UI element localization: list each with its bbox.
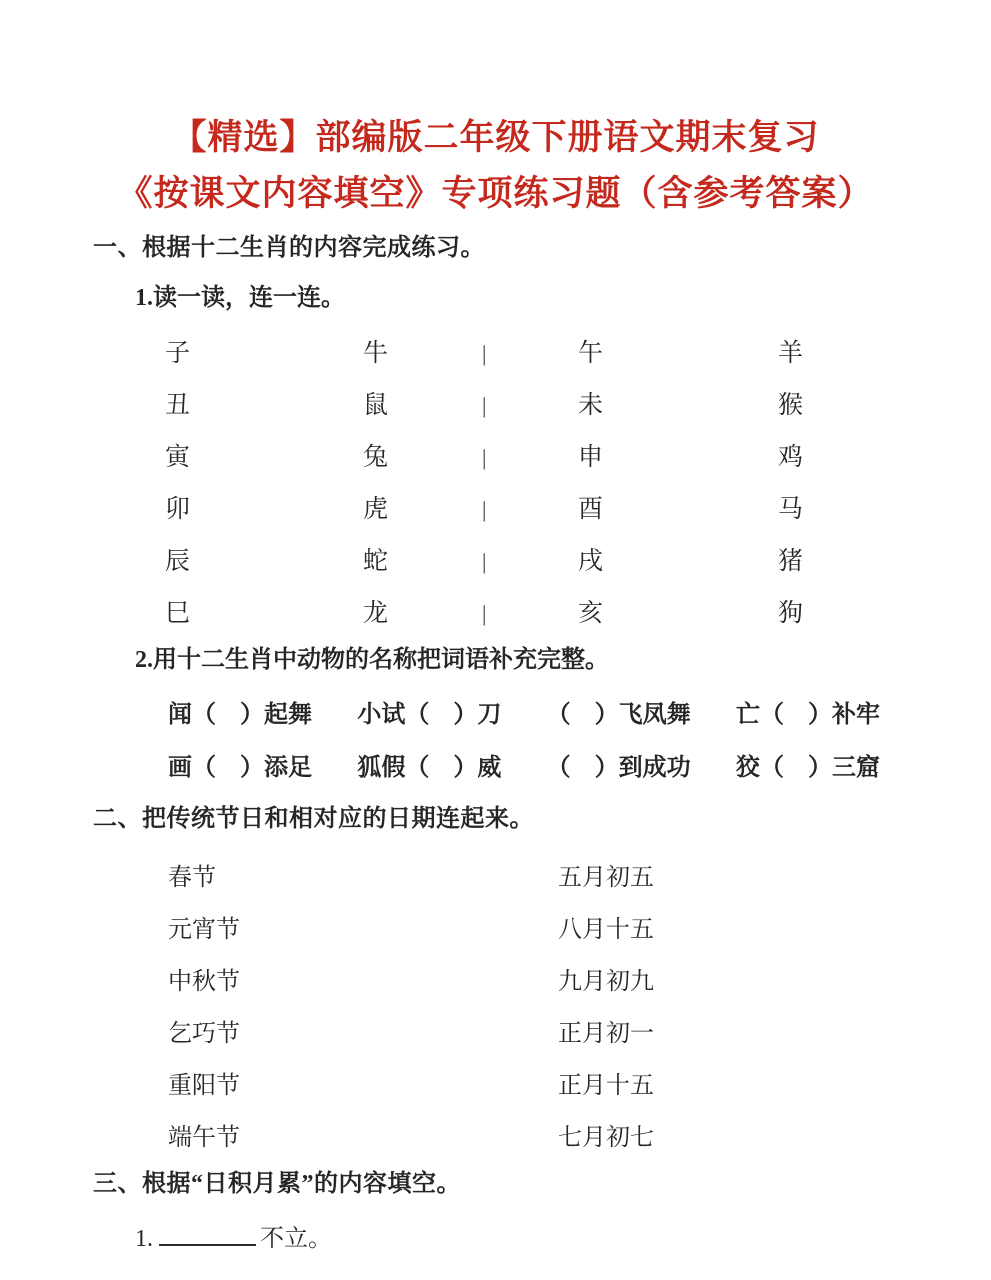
section-2-heading: 二、把传统节日和相对应的日期连起来。 [93,802,534,836]
column-divider: | [482,380,578,432]
fill-in-blank-line [159,1221,256,1246]
festival-date: 八月十五 [558,904,654,956]
section-1-item-2-label: 2.用十二生肖中动物的名称把词语补充完整。 [135,643,609,677]
festival-date: 七月初七 [558,1112,654,1164]
title-line-2: 《按课文内容填空》专项练习题（含参考答案） [0,166,991,222]
festival-name: 中秋节 [168,956,558,1008]
section-3-item-1: 1.不立。 [135,1220,332,1258]
zodiac-branch: 酉 [578,484,778,536]
zodiac-branch: 戌 [578,536,778,588]
column-divider: | [482,328,578,380]
festival-date: 正月初一 [558,1008,654,1060]
zodiac-animal: 虎 [363,484,482,536]
festival-date: 九月初九 [558,956,654,1008]
idiom-phrase: 狐假（ ）威 [357,749,501,787]
idiom-phrase: 狡（ ）三窟 [736,749,880,787]
column-divider: | [482,432,578,484]
zodiac-animal: 马 [778,484,803,536]
zodiac-matching-table: 子 牛 | 午 羊 丑 鼠 | 未 猴 寅 兔 | 申 鸡 卯 虎 | 酉 马 … [165,328,803,640]
zodiac-branch: 辰 [165,536,363,588]
document-title: 【精选】部编版二年级下册语文期末复习 《按课文内容填空》专项练习题（含参考答案） [0,110,991,222]
zodiac-branch: 丑 [165,380,363,432]
festival-name: 端午节 [168,1112,558,1164]
festival-name: 乞巧节 [168,1008,558,1060]
column-divider: | [482,536,578,588]
festival-date: 五月初五 [558,852,654,904]
idiom-fill-line-1: 闻（ ）起舞 小试（ ）刀 （ ）飞凤舞 亡（ ）补牢 [168,696,880,734]
zodiac-animal: 羊 [778,328,803,380]
zodiac-branch: 巳 [165,588,363,640]
zodiac-animal: 牛 [363,328,482,380]
zodiac-branch: 午 [578,328,778,380]
idiom-phrase: 亡（ ）补牢 [736,696,880,734]
zodiac-branch: 卯 [165,484,363,536]
idiom-phrase: 小试（ ）刀 [357,696,501,734]
zodiac-branch: 亥 [578,588,778,640]
festival-name: 元宵节 [168,904,558,956]
festival-name: 春节 [168,852,558,904]
zodiac-branch: 未 [578,380,778,432]
idiom-phrase: （ ）到成功 [547,749,691,787]
festival-name: 重阳节 [168,1060,558,1112]
idiom-phrase: 画（ ）添足 [168,749,312,787]
column-divider: | [482,588,578,640]
title-line-1: 【精选】部编版二年级下册语文期末复习 [0,110,991,166]
zodiac-animal: 龙 [363,588,482,640]
zodiac-animal: 蛇 [363,536,482,588]
zodiac-branch: 子 [165,328,363,380]
idiom-phrase: （ ）飞凤舞 [547,696,691,734]
zodiac-animal: 兔 [363,432,482,484]
zodiac-branch: 寅 [165,432,363,484]
idiom-phrase: 闻（ ）起舞 [168,696,312,734]
zodiac-animal: 猴 [778,380,803,432]
column-divider: | [482,484,578,536]
section-3-heading: 三、根据“日积月累”的内容填空。 [93,1167,461,1201]
section-1-item-1-label: 1.读一读，连一连。 [135,281,345,315]
zodiac-branch: 申 [578,432,778,484]
item-text: 不立。 [260,1226,332,1252]
section-1-heading: 一、根据十二生肖的内容完成练习。 [93,231,485,265]
zodiac-animal: 猪 [778,536,803,588]
festival-date: 正月十五 [558,1060,654,1112]
worksheet-page: 【精选】部编版二年级下册语文期末复习 《按课文内容填空》专项练习题（含参考答案）… [0,0,991,1280]
idiom-fill-line-2: 画（ ）添足 狐假（ ）威 （ ）到成功 狡（ ）三窟 [168,749,880,787]
zodiac-animal: 鸡 [778,432,803,484]
item-number: 1. [135,1226,153,1252]
zodiac-animal: 狗 [778,588,803,640]
festival-matching-table: 春节 五月初五 元宵节 八月十五 中秋节 九月初九 乞巧节 正月初一 重阳节 正… [168,852,654,1164]
zodiac-animal: 鼠 [363,380,482,432]
